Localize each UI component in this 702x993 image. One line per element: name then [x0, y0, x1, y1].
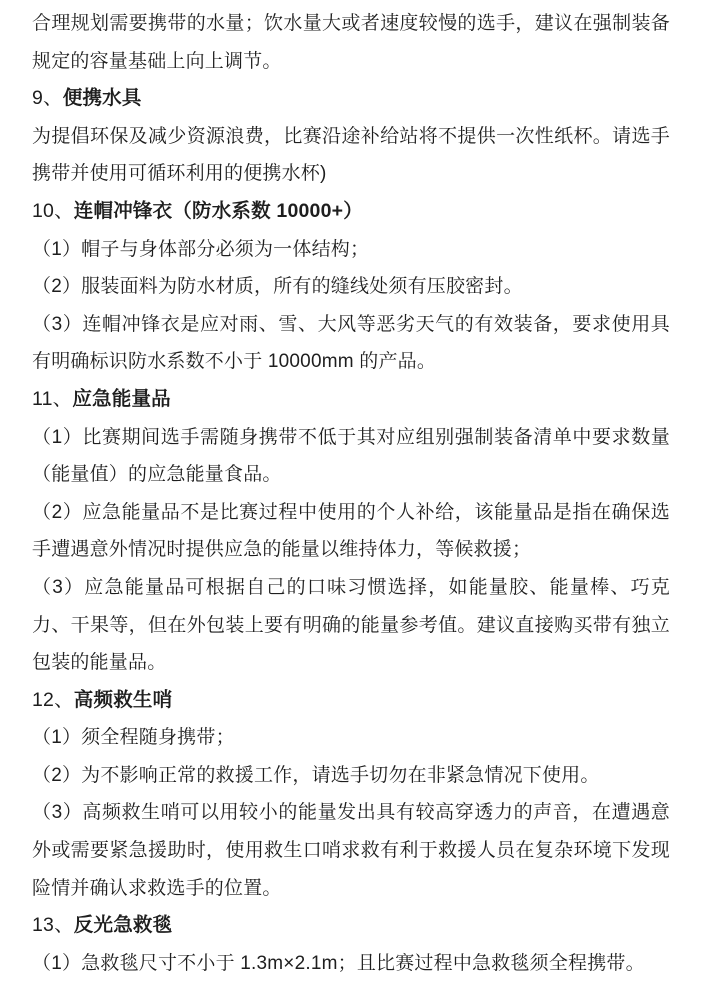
section-13-item-1: （1）急救毯尺寸不小于 1.3m×2.1m；且比赛过程中急救毯须全程携带。 [32, 945, 670, 983]
section-heading-10: 10、连帽冲锋衣（防水系数 10000+） [32, 193, 670, 231]
intro-continuation-paragraph: 合理规划需要携带的水量；饮水量大或者速度较慢的选手，建议在强制装备规定的容量基础… [32, 5, 670, 80]
document-page: 合理规划需要携带的水量；饮水量大或者速度较慢的选手，建议在强制装备规定的容量基础… [0, 0, 702, 993]
section-11-item-2: （2）应急能量品不是比赛过程中使用的个人补给，该能量品是指在确保选手遭遇意外情况… [32, 494, 670, 569]
section-number: 9、 [32, 87, 63, 109]
section-12-item-2: （2）为不影响正常的救援工作，请选手切勿在非紧急情况下使用。 [32, 757, 670, 795]
section-heading-12: 12、高频救生哨 [32, 682, 670, 720]
section-number: 12、 [32, 689, 74, 711]
section-11-item-1: （1）比赛期间选手需随身携带不低于其对应组别强制装备清单中要求数量（能量值）的应… [32, 419, 670, 494]
section-12-item-3: （3）高频救生哨可以用较小的能量发出具有较高穿透力的声音，在遭遇意外或需要紧急援… [32, 794, 670, 907]
section-12-item-1: （1）须全程随身携带； [32, 719, 670, 757]
section-title: 反光急救毯 [74, 914, 173, 936]
section-title: 应急能量品 [72, 388, 171, 410]
section-heading-13: 13、反光急救毯 [32, 907, 670, 945]
section-heading-9: 9、便携水具 [32, 80, 670, 118]
section-9-paragraph: 为提倡环保及减少资源浪费，比赛沿途补给站将不提供一次性纸杯。请选手携带并使用可循… [32, 118, 670, 193]
section-title: 连帽冲锋衣（防水系数 10000+） [74, 200, 363, 222]
section-heading-11: 11、应急能量品 [32, 381, 670, 419]
section-10-item-1: （1）帽子与身体部分必须为一体结构； [32, 231, 670, 269]
section-10-item-3: （3）连帽冲锋衣是应对雨、雪、大风等恶劣天气的有效装备，要求使用具有明确标识防水… [32, 306, 670, 381]
section-title: 便携水具 [63, 87, 142, 109]
section-number: 13、 [32, 914, 74, 936]
section-number: 10、 [32, 200, 74, 222]
section-11-item-3: （3）应急能量品可根据自己的口味习惯选择，如能量胶、能量棒、巧克力、干果等，但在… [32, 569, 670, 682]
section-number: 11、 [32, 388, 72, 410]
section-10-item-2: （2）服装面料为防水材质，所有的缝线处须有压胶密封。 [32, 268, 670, 306]
section-title: 高频救生哨 [74, 689, 173, 711]
